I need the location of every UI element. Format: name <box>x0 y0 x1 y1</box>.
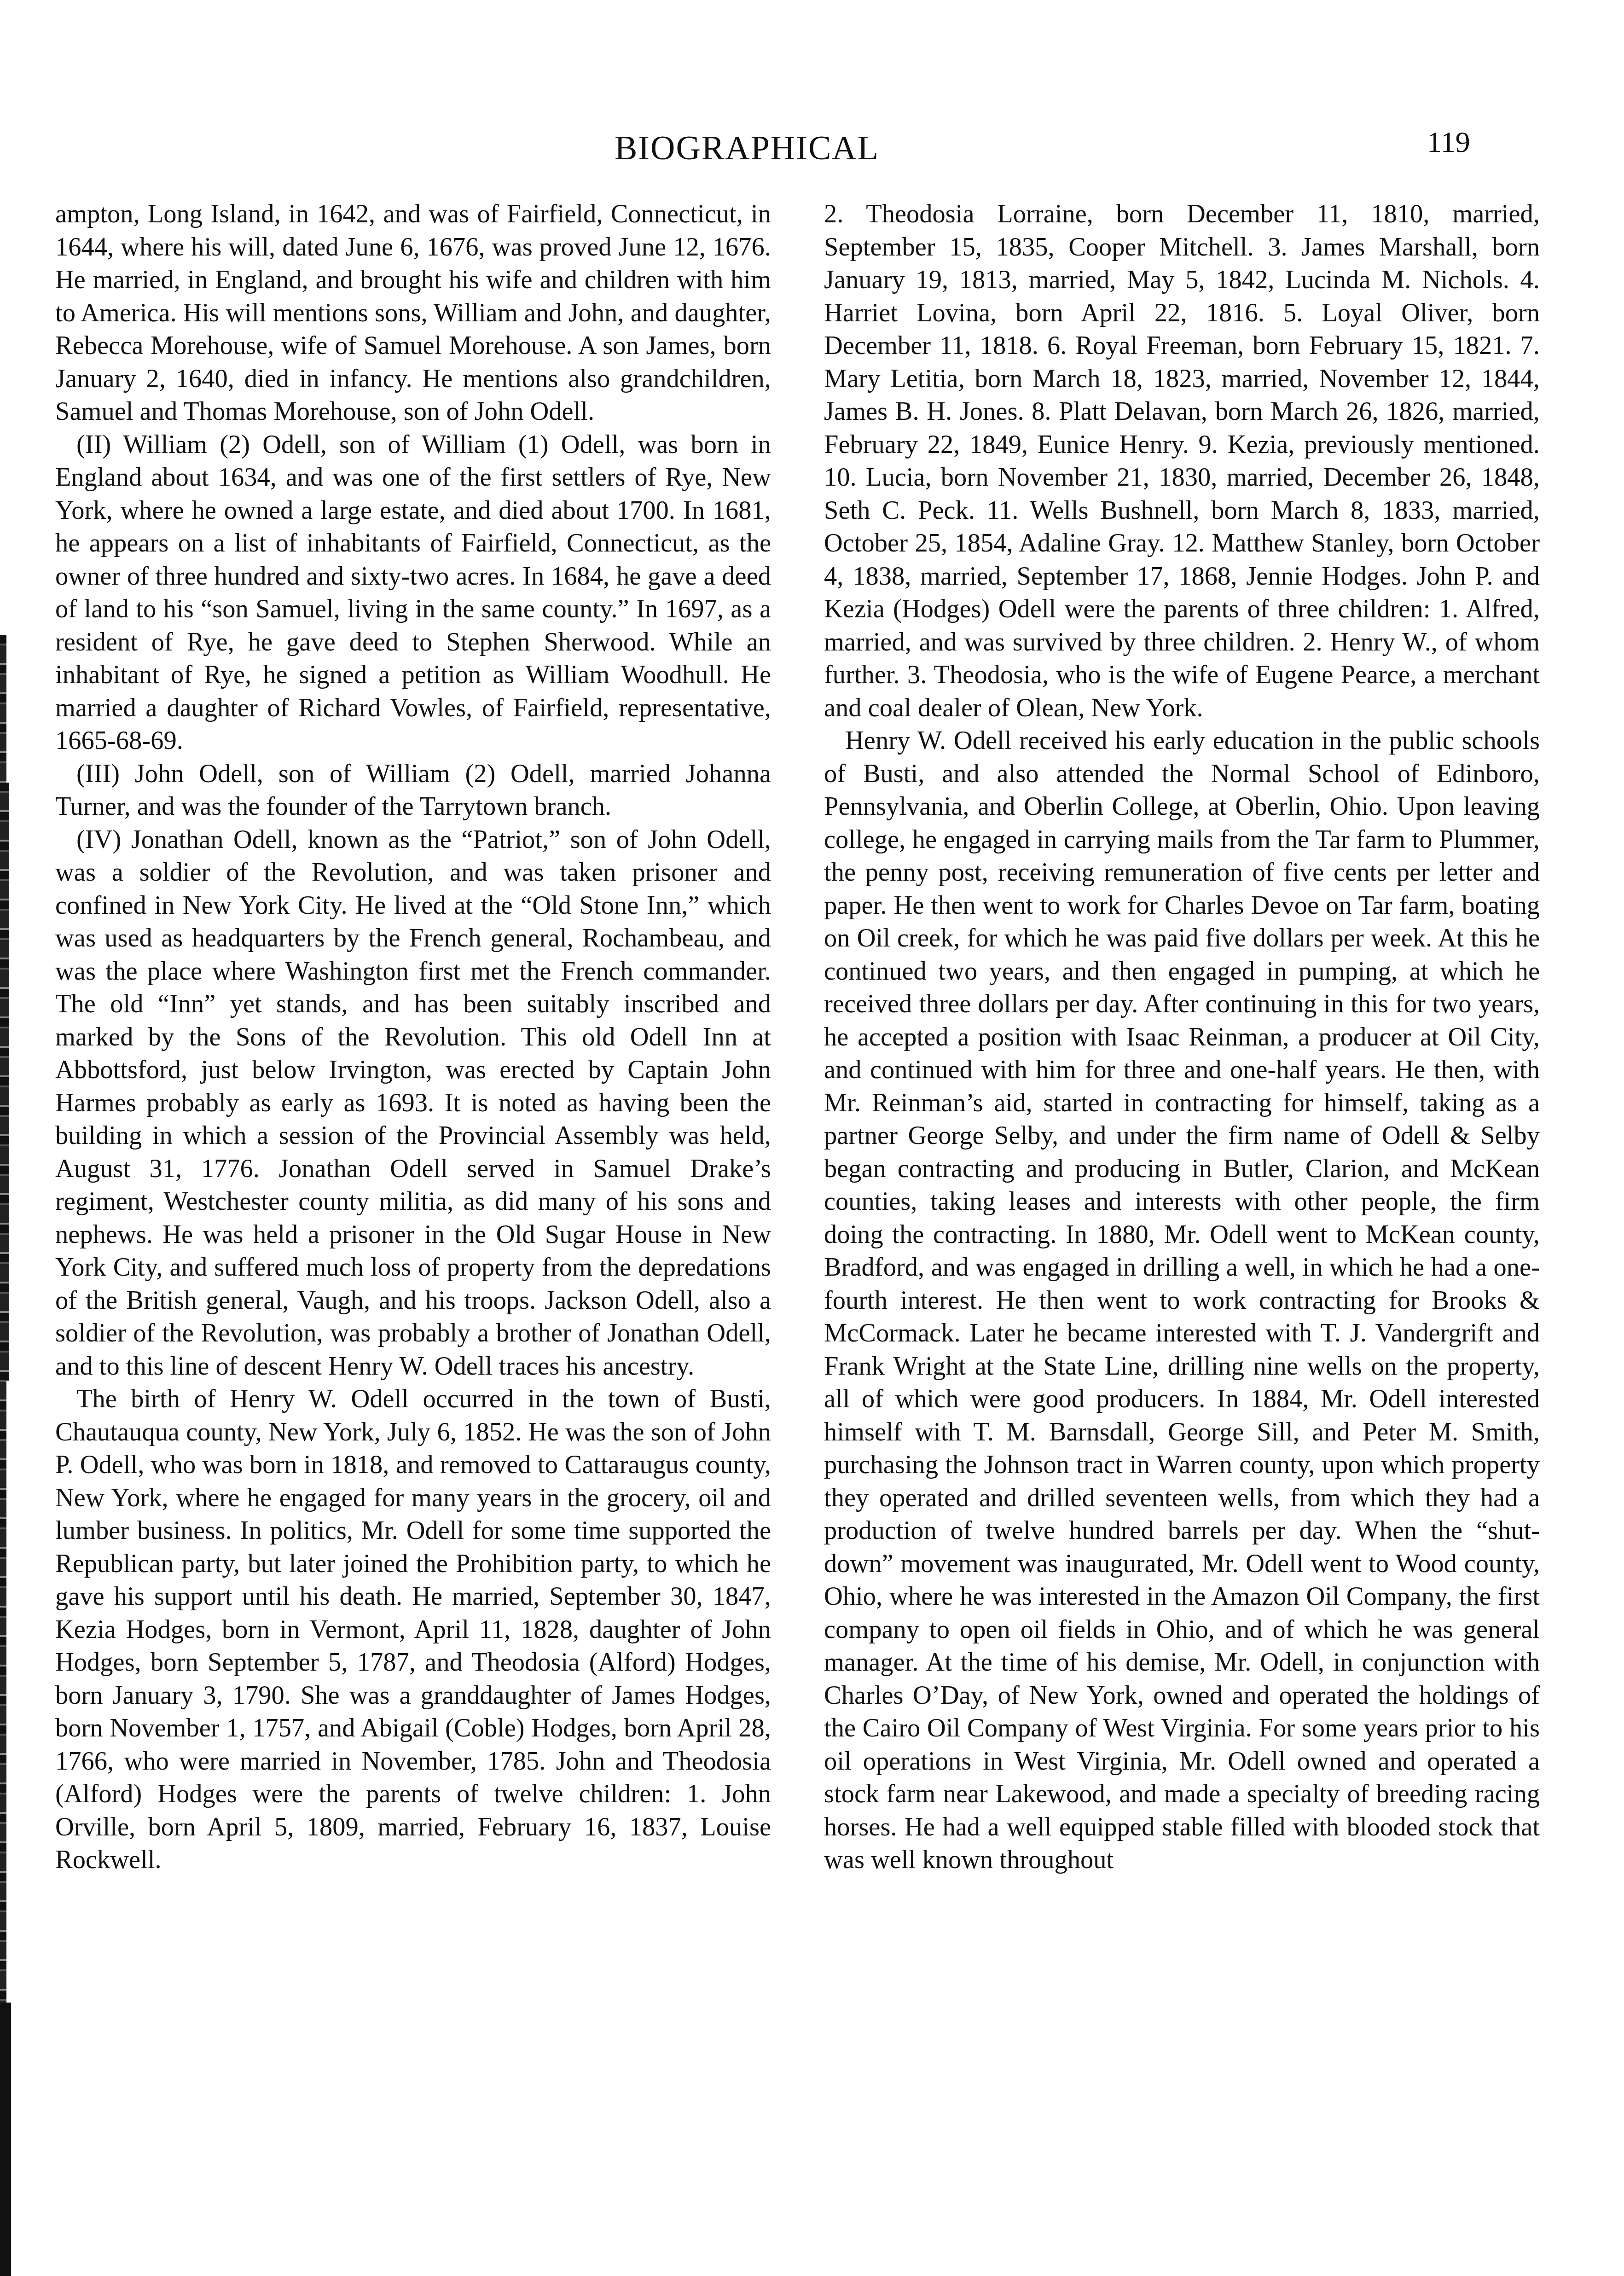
paragraph: (IV) Jonathan Odell, known as the “Patri… <box>55 824 771 1383</box>
right-column: 2. Theodosia Lorraine, born December 11,… <box>824 198 1540 1877</box>
paragraph: 2. Theodosia Lorraine, born December 11,… <box>824 198 1540 725</box>
running-head: BIOGRAPHICAL 119 <box>0 129 1624 184</box>
paragraph: The birth of Henry W. Odell occurred in … <box>55 1383 771 1877</box>
binding-edge-lower <box>0 2003 11 2276</box>
paragraph: ampton, Long Island, in 1642, and was of… <box>55 198 771 429</box>
left-column: ampton, Long Island, in 1642, and was of… <box>55 198 771 1877</box>
paragraph: (II) William (2) Odell, son of William (… <box>55 429 771 758</box>
paragraph: Henry W. Odell received his early educat… <box>824 725 1540 1877</box>
paragraph: (III) John Odell, son of William (2) Ode… <box>55 758 771 824</box>
running-head-title: BIOGRAPHICAL <box>615 129 879 168</box>
page-number: 119 <box>1427 125 1470 159</box>
